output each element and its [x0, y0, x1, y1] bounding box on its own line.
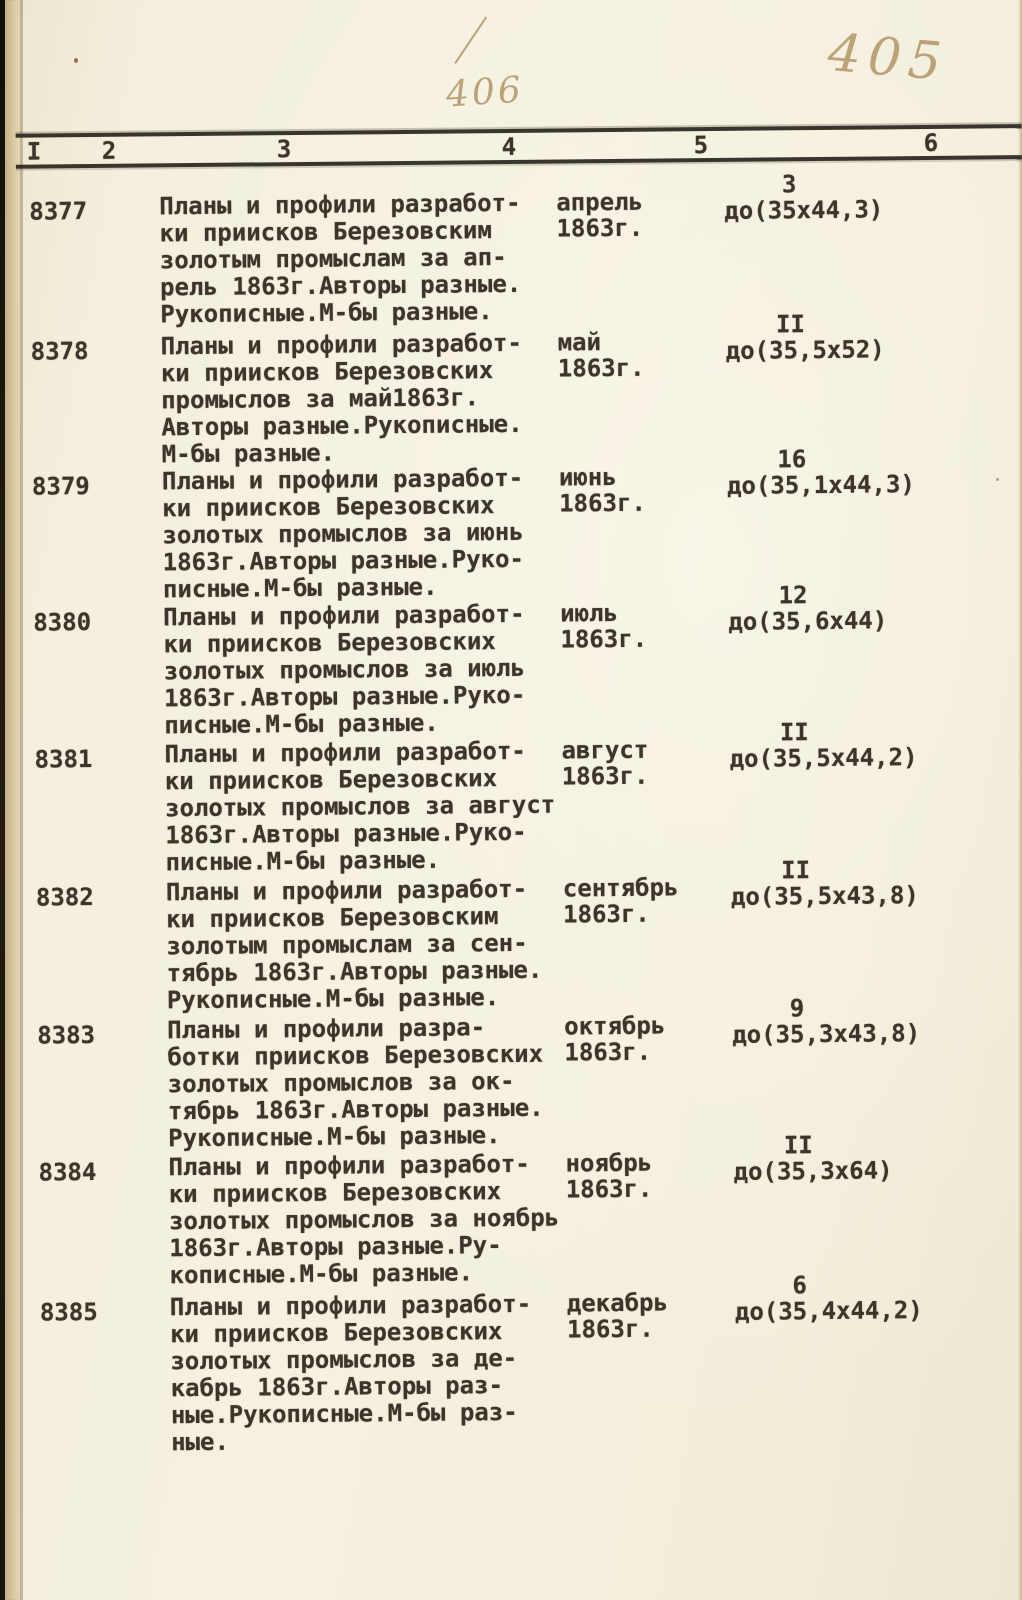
- description-line: Планы и профили разработ-: [166, 875, 586, 906]
- description-line: 1863г.Авторы разные.Ру-: [169, 1231, 589, 1262]
- date-line: июль: [560, 600, 647, 627]
- description-line: Планы и профили разработ-: [161, 329, 581, 360]
- description-line: Авторы разные.Рукописные.: [161, 410, 581, 441]
- entry-date: июль1863г.: [560, 600, 647, 653]
- sheet-count: 16: [727, 447, 857, 473]
- sheet-size: до(35,5х52): [726, 336, 946, 364]
- description-line: тябрь 1863г.Авторы разные.: [167, 956, 587, 987]
- entry-date: август1863г.: [561, 737, 648, 790]
- entry-sheets: 6 до(35,4х44,2): [735, 1272, 955, 1325]
- sheet-count: II: [729, 720, 859, 746]
- sheet-size: до(35х44,3): [724, 196, 944, 224]
- description-line: Планы и профили разработ-: [164, 737, 584, 768]
- entry-description: Планы и профили разра-ботки приисков Бер…: [167, 1013, 588, 1152]
- description-line: Планы и профили разработ-: [170, 1290, 590, 1321]
- description-line: Планы и профили разработ-: [163, 600, 583, 631]
- entry-sheets: 9 до(35,3х43,8): [732, 995, 952, 1048]
- entry-description: Планы и профили разработ-ки приисков Бер…: [163, 600, 584, 739]
- entry-number: 8380: [33, 608, 91, 637]
- date-line: 1863г.: [563, 900, 679, 927]
- date-line: декабрь: [567, 1290, 668, 1317]
- description-line: 1863г.Авторы разные.Руко-: [165, 818, 585, 849]
- sheet-size: до(35,1х44,3): [727, 471, 947, 499]
- description-line: Рукописные.М-бы разные.: [167, 983, 587, 1014]
- column-header: 3: [277, 135, 292, 163]
- entry-sheets: 3 до(35х44,3): [724, 171, 944, 224]
- description-line: Планы и профили разработ-: [168, 1150, 588, 1181]
- date-line: август: [561, 737, 648, 764]
- entry-number: 8378: [31, 337, 89, 366]
- sheet-size: до(35,3х64): [733, 1157, 953, 1185]
- sheet-size: до(35,6х44): [728, 607, 948, 635]
- description-line: Рукописные.М-бы разные.: [168, 1121, 588, 1152]
- date-line: октябрь: [564, 1013, 665, 1040]
- description-line: писные.М-бы разные.: [164, 708, 584, 739]
- column-header: 4: [502, 133, 517, 161]
- description-line: кописные.М-бы разные.: [169, 1258, 589, 1289]
- entry-sheets: II до(35,5х43,8): [731, 857, 951, 910]
- entry-number: 8379: [32, 472, 90, 501]
- table-row: 8385 Планы и профили разработ-ки прииско…: [5, 1286, 1022, 1296]
- date-line: 1863г.: [562, 763, 649, 790]
- entry-date: ноябрь1863г.: [565, 1150, 652, 1203]
- date-line: 1863г.: [556, 215, 643, 242]
- entry-sheets: II до(35,5х44,2): [729, 719, 949, 772]
- date-line: сентябрь: [563, 874, 679, 901]
- table-row: 8377 Планы и профили разработ-ки прииско…: [0, 185, 1016, 195]
- date-line: май: [557, 329, 644, 356]
- description-line: Планы и профили разработ-: [159, 189, 579, 220]
- entry-date: май1863г.: [557, 329, 644, 382]
- entry-number: 8382: [36, 883, 94, 912]
- description-line: тябрь 1863г.Авторы разные.: [168, 1094, 588, 1125]
- description-line: писные.М-бы разные.: [163, 572, 583, 603]
- entry-number: 8383: [37, 1021, 95, 1050]
- entry-sheets: 16 до(35,1х44,3): [727, 446, 947, 499]
- date-line: ноябрь: [565, 1150, 652, 1177]
- entry-description: Планы и профили разработ-ки приисков Бер…: [159, 189, 580, 328]
- entry-number: 8377: [29, 197, 87, 226]
- description-line: ботки приисков Березовских: [167, 1040, 587, 1071]
- entry-description: Планы и профили разработ-ки приисков Бер…: [161, 329, 582, 468]
- date-line: 1863г.: [559, 490, 646, 517]
- column-header: 6: [924, 129, 939, 157]
- date-line: апрель: [556, 189, 643, 216]
- sheet-size: до(35,3х43,8): [732, 1020, 952, 1048]
- entry-sheets: II до(35,5х52): [725, 311, 945, 364]
- entry-number: 8385: [40, 1298, 98, 1327]
- sheet-count: 12: [728, 583, 858, 609]
- table-row: 8378 Планы и профили разработ-ки прииско…: [0, 325, 1017, 335]
- description-line: кабрь 1863г.Авторы раз-: [171, 1371, 591, 1402]
- description-line: золотых промыслов за де-: [170, 1344, 590, 1375]
- description-line: золотых промыслов за ноябрь: [169, 1204, 589, 1235]
- entry-date: апрель1863г.: [556, 189, 643, 242]
- description-line: ки приисков Березовских: [161, 356, 581, 387]
- date-line: 1863г.: [564, 1039, 665, 1066]
- description-line: писные.М-бы разные.: [165, 845, 585, 876]
- description-line: ки приисков Березовских: [170, 1317, 590, 1348]
- date-line: 1863г.: [567, 1316, 668, 1343]
- sheet-count: II: [733, 1133, 863, 1159]
- entry-description: Планы и профили разработ-ки приисков Бер…: [164, 737, 585, 876]
- entry-date: октябрь1863г.: [564, 1013, 666, 1066]
- entry-description: Планы и профили разработ-ки приисков Бер…: [166, 875, 587, 1014]
- sheet-count: II: [731, 858, 861, 884]
- description-line: ки приисков Березовским: [159, 216, 579, 247]
- description-line: ные.: [171, 1425, 591, 1456]
- entry-number: 8384: [38, 1158, 96, 1187]
- description-line: 1863г.Авторы разные.Руко-: [163, 545, 583, 576]
- date-line: 1863г.: [558, 355, 645, 382]
- description-line: ные.Рукописные.М-бы раз-: [171, 1398, 591, 1429]
- column-header: I: [27, 137, 42, 165]
- entry-description: Планы и профили разработ-ки приисков Бер…: [168, 1150, 589, 1289]
- entry-date: сентябрь1863г.: [563, 874, 679, 927]
- sheet-count: 3: [724, 172, 854, 198]
- description-line: Планы и профили разработ-: [162, 464, 582, 495]
- entries: 8377 Планы и профили разработ-ки прииско…: [0, 0, 1014, 5]
- description-line: Рукописные.М-бы разные.: [160, 297, 580, 328]
- sheet-size: до(35,4х44,2): [735, 1297, 955, 1325]
- entry-date: июнь1863г.: [559, 464, 646, 517]
- document-page: 405 406 I 2 3 4 5 6 8377 Планы и профили…: [0, 0, 1022, 1600]
- entry-number: 8381: [34, 745, 92, 774]
- sheet-count: II: [725, 312, 855, 338]
- column-header: 5: [694, 131, 709, 159]
- entry-sheets: 12 до(35,6х44): [728, 582, 948, 635]
- date-line: 1863г.: [560, 626, 647, 653]
- column-header: 2: [102, 137, 117, 165]
- description-line: 1863г.Авторы разные.Руко-: [164, 681, 584, 712]
- typed-table: I 2 3 4 5 6 8377 Планы и профили разрабо…: [0, 0, 1022, 1600]
- entry-sheets: II до(35,3х64): [733, 1132, 953, 1185]
- date-line: 1863г.: [566, 1176, 653, 1203]
- sheet-size: до(35,5х44,2): [729, 744, 949, 772]
- sheet-count: 6: [735, 1273, 865, 1299]
- entry-description: Планы и профили разработ-ки приисков Бер…: [170, 1290, 592, 1456]
- date-line: июнь: [559, 464, 646, 491]
- entry-date: декабрь1863г.: [567, 1290, 669, 1343]
- description-line: рель 1863г.Авторы разные.: [160, 270, 580, 301]
- sheet-count: 9: [732, 996, 862, 1022]
- entry-description: Планы и профили разработ-ки приисков Бер…: [162, 464, 583, 603]
- sheet-size: до(35,5х43,8): [731, 882, 951, 910]
